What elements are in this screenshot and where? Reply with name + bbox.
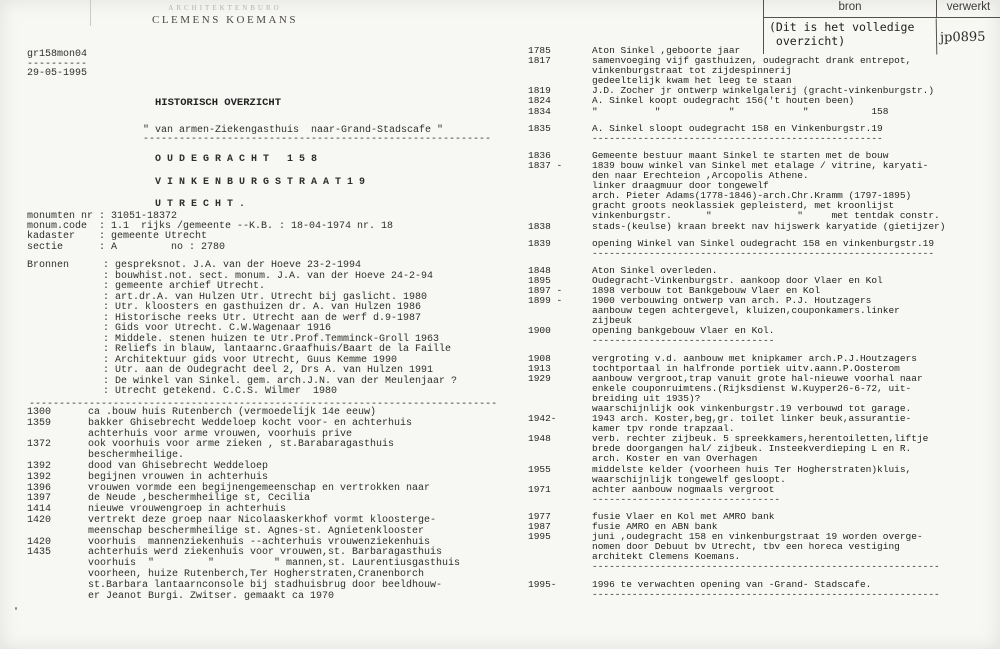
timeline-entry: 1899 - 1900 verbouwing ontwerp van arch.… [528,296,993,326]
timeline-entry: 1817 samenvoeging vijf gasthuizen, oudeg… [528,56,993,86]
timeline-text: 1996 te verwachten opening van -Grand- S… [592,580,993,600]
timeline-entry: 1942- 1943 arch. Koster,beg,gr. toilet l… [528,414,993,434]
timeline-text: " " " " 158 [592,107,993,117]
timeline-year: 1435 [27,548,88,559]
timeline-entry: 1838 stads-(keulse) kraan breekt nav hij… [528,222,993,232]
timeline-entry: 1835 A. Sinkel sloopt oudegracht 158 en … [528,124,993,144]
address-line-3: U T R E C H T . [155,200,245,211]
timeline-text: A. Sinkel sloopt oudegracht 158 en Vinke… [592,124,993,144]
timeline-year: 1900 [528,326,592,336]
timeline-entry: 1839 opening Winkel van Sinkel oudegrach… [528,239,993,259]
letterhead-name: CLEMENS KOEMANS [125,14,325,26]
timeline-entry: 1995- 1996 te verwachten opening van -Gr… [528,580,993,600]
timeline-year: 1837 - [528,161,592,171]
timeline-entry: 1948 verb. rechter zijbeuk. 5 spreekkame… [528,434,993,464]
timeline-entry: 1837 - 1839 bouw winkel van Sinkel met e… [528,161,993,222]
timeline-year: 1834 [528,107,592,117]
scan-artifact-line [90,0,91,26]
timeline-text: opening Winkel van Sinkel oudegracht 158… [592,239,993,259]
timeline-entry: 1359 bakker Ghisebrecht Weddeloep kocht … [27,419,505,441]
letterhead-bureau: ARCHITEKTENBURO [125,4,325,12]
timeline-year: 1817 [528,56,592,66]
timeline-text: vertrekt deze groep naar Nicolaaskerkhof… [88,516,505,538]
monument-meta: monumten nr : 31051-18372 monum.code : 1… [27,212,393,253]
timeline-text: juni ,oudegracht 158 en vinkenburgstraat… [592,532,993,572]
timeline-text: 1943 arch. Koster,beg,gr. toilet linker … [592,414,993,434]
letterhead: ARCHITEKTENBURO CLEMENS KOEMANS [125,4,325,26]
timeline-year: 1971 [528,485,592,495]
timeline-text: 1900 verbouwing ontwerp van arch. P.J. H… [592,296,993,326]
timeline-text: middelste kelder (voorheen huis Ter Hogh… [592,465,993,485]
timeline-text: verb. rechter zijbeuk. 5 spreekkamers,he… [592,434,993,464]
stamp-header-row: bron verwerkt [763,0,1000,18]
timeline-text: ook voorhuis voor arme zieken , st.Barab… [88,440,505,462]
timeline-year: 1372 [27,440,88,451]
timeline-entry: 1435 achterhuis werd ziekenhuis voor vro… [27,548,505,602]
timeline-entry: 1955 middelste kelder (voorheen huis Ter… [528,465,993,485]
scan-artifact-dot [15,607,17,610]
timeline-entry: 1995 juni ,oudegracht 158 en vinkenburgs… [528,532,993,572]
subtitle-rule: ----------------------------------------… [143,135,491,146]
timeline-year: 1995- [528,580,592,590]
timeline-year: 1942- [528,414,592,424]
doc-ref: gr158mon04 ---------- 29-05-1995 [27,50,87,79]
timeline-text: 1839 bouw winkel van Sinkel met etalage … [592,161,993,222]
timeline-text: achterhuis werd ziekenhuis voor vrouwen,… [88,548,505,602]
timeline-entry: 1420 vertrekt deze groep naar Nicolaaske… [27,516,505,538]
timeline-year: 1839 [528,239,592,249]
timeline-year: 1995 [528,532,592,542]
timeline-text: achter aanbouw nogmaals vergroot -------… [592,485,993,505]
timeline-year: 1359 [27,419,88,430]
address-line-2: V I N K E N B U R G S T R A A T 1 9 [155,178,365,189]
stamp-header-verwerkt: verwerkt [936,0,1000,17]
timeline-entry: 1834 " " " " 158 [528,107,993,117]
timeline-year: 1899 - [528,296,592,306]
bronnen-label: Bronnen [27,261,69,272]
timeline-text: bakker Ghisebrecht Weddeloep kocht voor-… [88,419,505,441]
scanned-document-page: ARCHITEKTENBURO CLEMENS KOEMANS bron ver… [0,0,1000,649]
timeline-right: 1785 Aton Sinkel ,geboorte jaar 1817 sam… [528,46,993,600]
address-line-1: O U D E G R A C H T 1 5 8 [155,155,317,166]
stamp-header-bron: bron [763,0,936,17]
timeline-text: opening bankgebouw Vlaer en Kol. -------… [592,326,993,346]
timeline-entry: 1929 aanbouw vergroot,trap vanuit grote … [528,374,993,414]
timeline-year: 1838 [528,222,592,232]
timeline-year: 1948 [528,434,592,444]
timeline-text: samenvoeging vijf gasthuizen, oudegracht… [592,56,993,86]
page-title: HISTORISCH OVERZICHT [155,98,281,109]
timeline-year: 1929 [528,374,592,384]
timeline-year: 1955 [528,465,592,475]
timeline-text: aanbouw vergroot,trap vanuit grote hal-n… [592,374,993,414]
timeline-year: 1835 [528,124,592,134]
timeline-left: 1300 ca .bouw huis Rutenberch (vermoedel… [27,408,505,602]
timeline-entry: 1392 begijnen vrouwen in achterhuis [27,473,505,484]
timeline-text: stads-(keulse) kraan breekt nav hijswerk… [592,222,993,232]
timeline-text: begijnen vrouwen in achterhuis [88,473,505,484]
timeline-year: 1392 [27,473,88,484]
timeline-entry: 1900 opening bankgebouw Vlaer en Kol. --… [528,326,993,346]
timeline-entry: 1971 achter aanbouw nogmaals vergroot --… [528,485,993,505]
timeline-year: 1420 [27,516,88,527]
timeline-entry: 1372 ook voorhuis voor arme zieken , st.… [27,440,505,462]
bronnen-list: : gespreksnot. J.A. van der Hoeve 23-2-1… [103,261,457,398]
